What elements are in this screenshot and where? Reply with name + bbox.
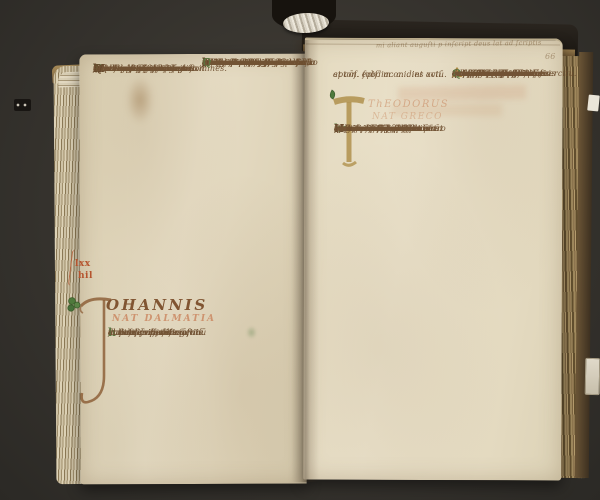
faded-rubric-origin: NAT GRECO [372, 112, 443, 122]
leaf-icon [326, 89, 338, 101]
text-segment: m. kl. dies xxviii. [102, 62, 173, 75]
text-segment: ad beatum petrum. [211, 56, 291, 69]
text-segment: mauriciū caſtula ſuū. [452, 68, 540, 81]
green-smudge [246, 326, 257, 339]
bookmark-tab [585, 358, 600, 395]
edge-stain [126, 76, 154, 124]
gutter-shadow [291, 40, 319, 482]
manuscript-photo: huius temporis abſidambeati pauli apli c… [0, 0, 600, 500]
bookmark-tab [14, 99, 31, 111]
text-segment: et cōf. epiſ. m. a. dies xvii. [333, 68, 444, 81]
margin-chapter-number: hil [78, 271, 93, 281]
text-segment: pomnes ca fines. [334, 122, 404, 135]
bookmark-tab [587, 94, 600, 111]
chapter-rubric: NAT DALMATIA [112, 314, 216, 324]
chapter-title: OHANNIS [106, 296, 208, 314]
text-segment: abbatem. ppter. [108, 327, 174, 340]
folio-number: 66 [545, 52, 555, 61]
knotwork-icon [66, 296, 82, 314]
left-page [79, 54, 306, 485]
margin-chapter-number: lxx [75, 259, 91, 269]
faded-rubric-name: ThEODORUS [368, 99, 449, 110]
